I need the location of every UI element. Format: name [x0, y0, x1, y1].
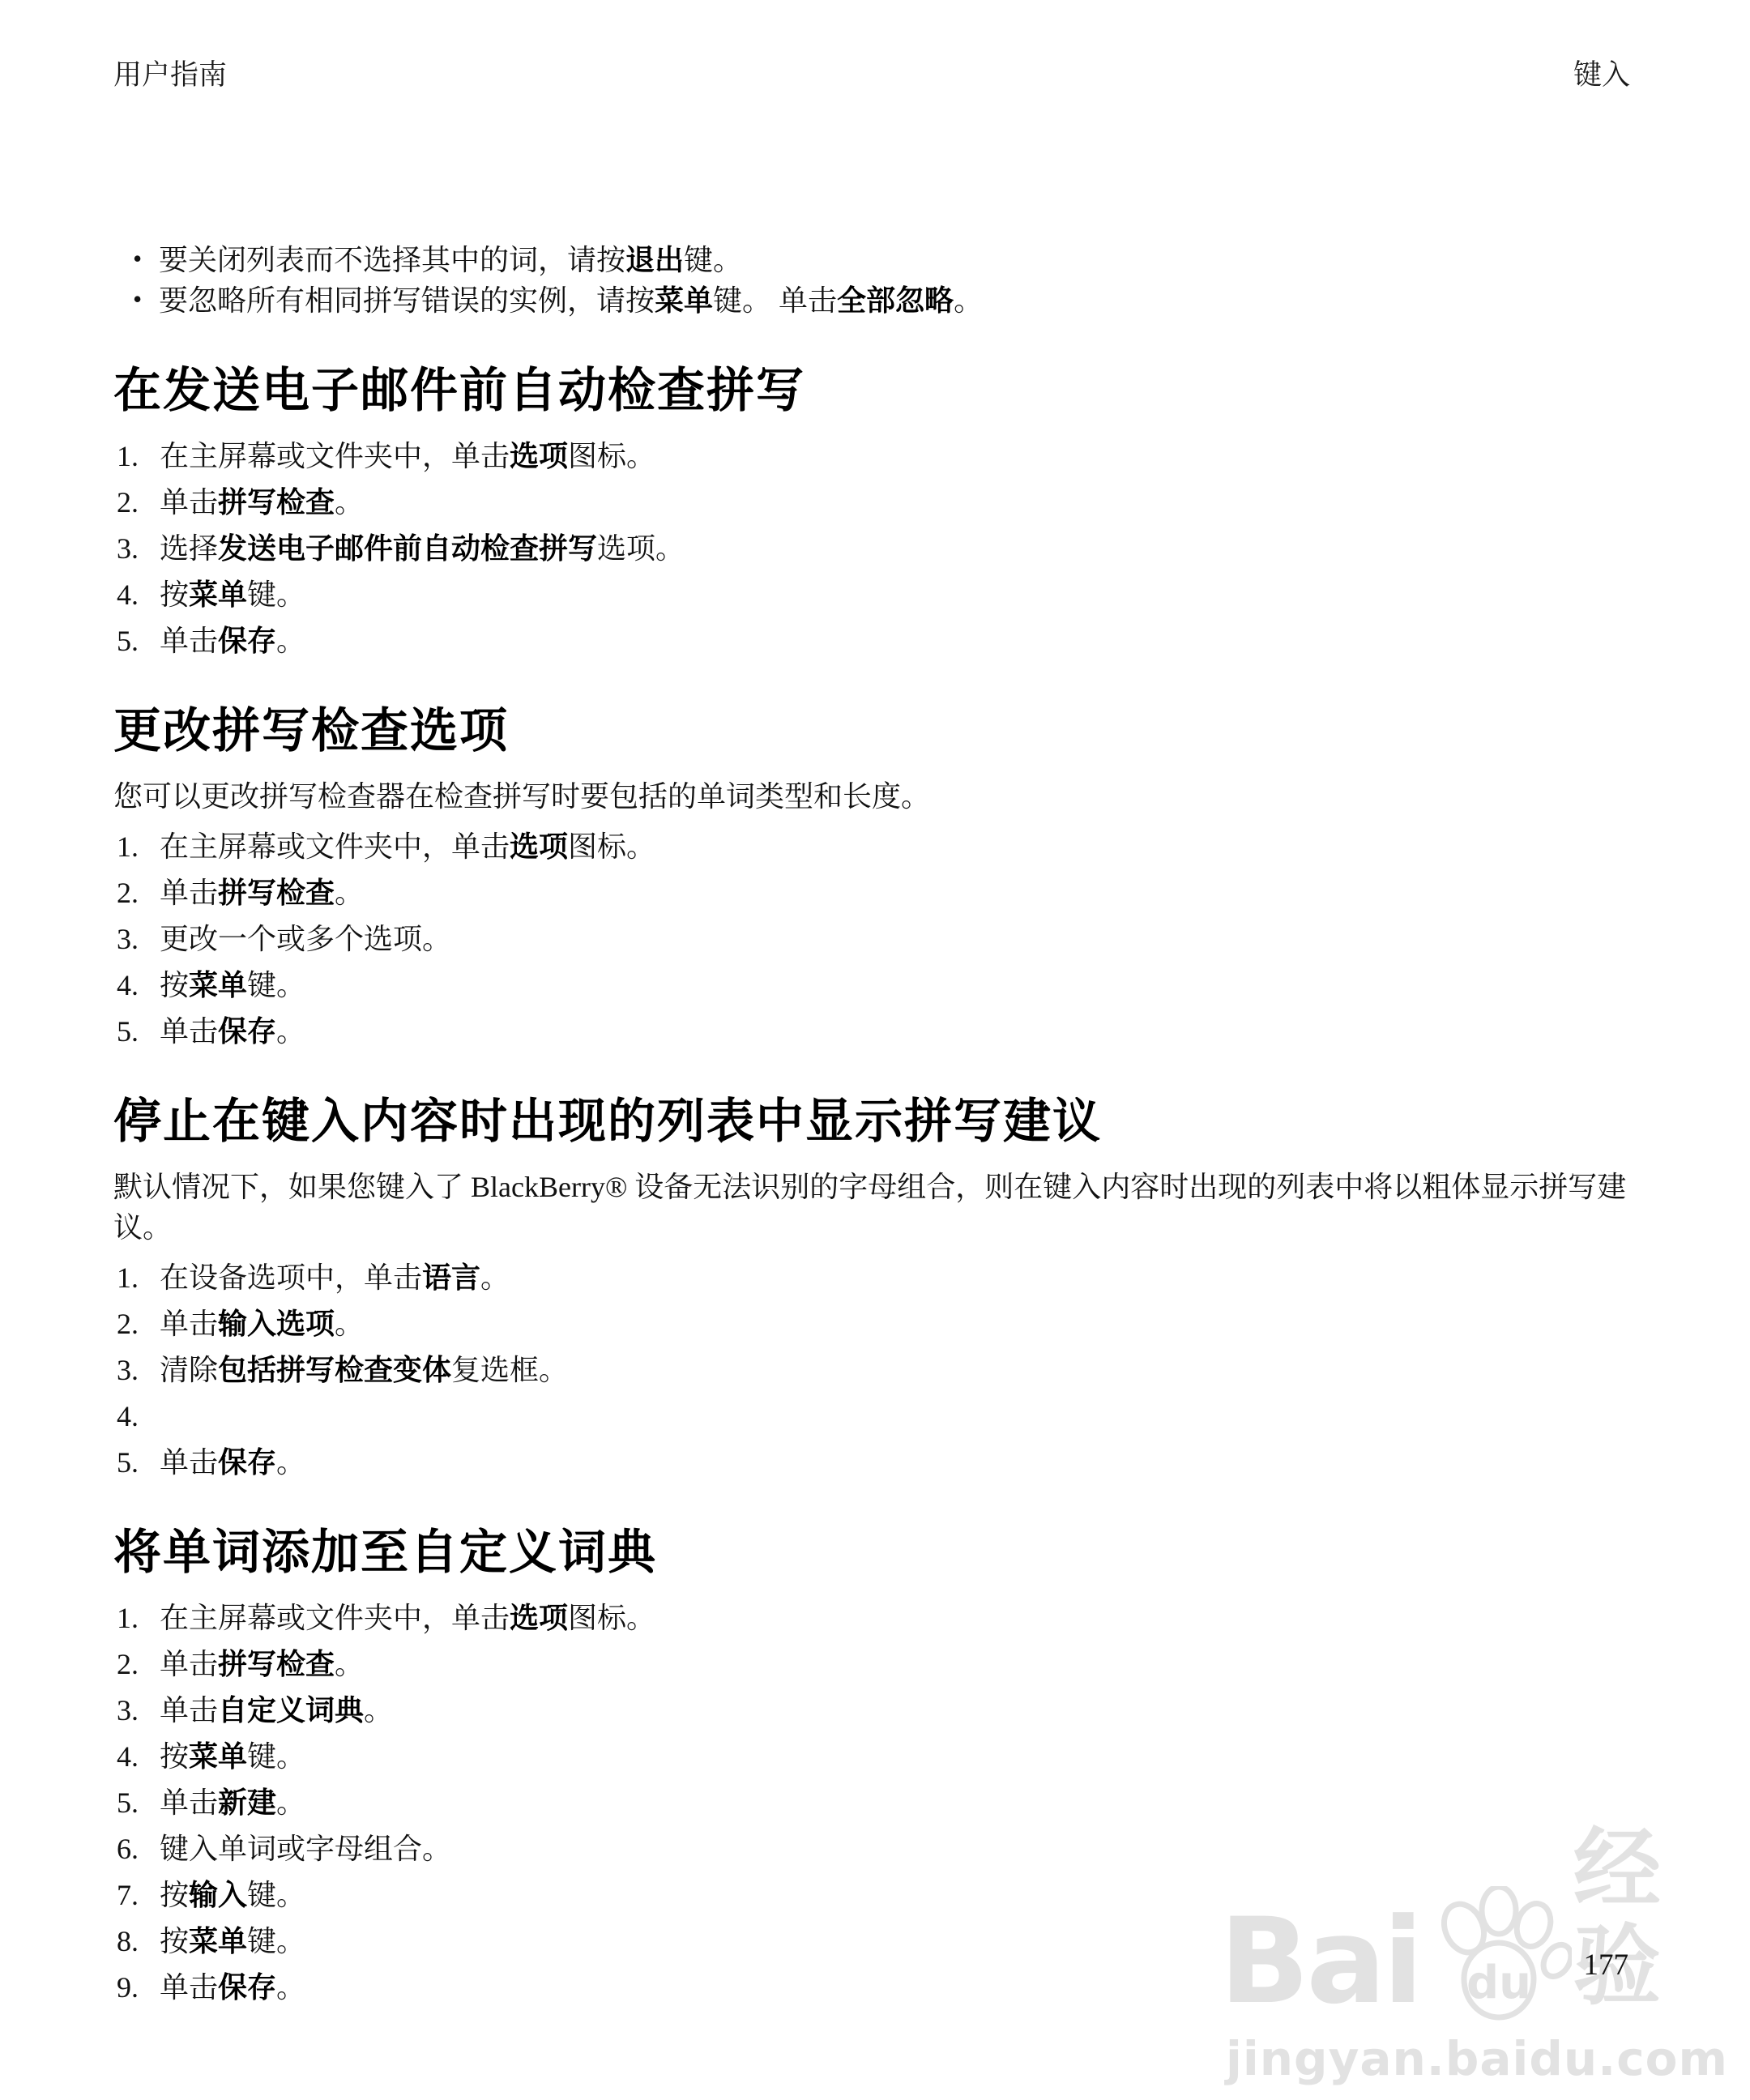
step-item: 5.单击保存。	[113, 1442, 1633, 1483]
section-title: 更改拼写检查选项	[113, 705, 1633, 757]
step-number: 3.	[117, 1350, 139, 1390]
section-title: 在发送电子邮件前自动检查拼写	[113, 365, 1633, 416]
bullet-icon: •	[133, 279, 142, 319]
watermark-url: jingyan.baidu.com	[1226, 2034, 1673, 2084]
section: 更改拼写检查选项您可以更改拼写检查器在检查拼写时要包括的单词类型和长度。1.在主…	[113, 705, 1633, 1052]
text-run: 要忽略所有相同拼写错误的实例，请按	[159, 284, 655, 317]
step-item: 3.清除包括拼写检查变体复选框。	[113, 1350, 1633, 1390]
step-number: 9.	[117, 1967, 139, 2008]
text-run: 按	[160, 969, 189, 1001]
text-run: 单击	[160, 486, 218, 519]
section-intro: 默认情况下，如果您键入了 BlackBerry® 设备无法识别的字母组合，则在键…	[113, 1167, 1633, 1248]
step-number: 4.	[117, 1736, 139, 1777]
text-run: 键。	[247, 1925, 305, 1957]
step-item: 3.选择发送电子邮件前自动检查拼写选项。	[113, 528, 1633, 569]
step-item: 4.按菜单键。	[113, 574, 1633, 615]
text-run: 单击	[160, 877, 218, 909]
text-run: 单击	[160, 1446, 218, 1479]
text-run: 。	[480, 1261, 510, 1294]
text-run: 在主屏幕或文件夹中，单击	[160, 830, 510, 863]
bold-term: 菜单	[189, 578, 247, 611]
text-run: 键。	[247, 1740, 305, 1773]
bullet-list: •要关闭列表而不选择其中的词，请按退出键。•要忽略所有相同拼写错误的实例，请按菜…	[113, 240, 1633, 321]
step-number: 3.	[117, 528, 139, 569]
section-title: 停止在键入内容时出现的列表中显示拼写建议	[113, 1095, 1633, 1147]
text-run: 在设备选项中，单击	[160, 1261, 422, 1294]
step-number: 5.	[117, 621, 139, 661]
text-run: 按	[160, 578, 189, 611]
text-run: 选择	[160, 532, 218, 565]
text-run: 键。	[684, 244, 742, 276]
step-item: 5.单击新建。	[113, 1782, 1633, 1823]
text-run: 单击	[160, 1308, 218, 1340]
step-number: 5.	[117, 1011, 139, 1052]
text-run: 键。	[247, 969, 305, 1001]
bold-term: 包括拼写检查变体	[218, 1353, 451, 1386]
step-item: 1.在主屏幕或文件夹中，单击选项图标。	[113, 1598, 1633, 1638]
text-run: 要关闭列表而不选择其中的词，请按	[159, 244, 625, 276]
text-run: 图标。	[568, 830, 655, 863]
step-number: 8.	[117, 1921, 139, 1961]
text-run: 。	[276, 1015, 305, 1048]
text-run: 单击	[160, 1015, 218, 1048]
step-item: 1.在主屏幕或文件夹中，单击选项图标。	[113, 826, 1633, 867]
bold-term: 语言	[422, 1261, 480, 1294]
watermark-brand-latin: Bai	[1219, 1901, 1420, 2022]
section: 在发送电子邮件前自动检查拼写1.在主屏幕或文件夹中，单击选项图标。2.单击拼写检…	[113, 365, 1633, 661]
bold-term: 全部忽略	[837, 284, 954, 317]
text-run: 单击	[160, 1694, 218, 1727]
text-run: 。	[335, 1308, 364, 1340]
bold-term: 退出	[625, 243, 684, 276]
text-run: 键。	[247, 1879, 305, 1911]
bold-term: 菜单	[189, 968, 247, 1001]
paw-print-icon: du	[1422, 1886, 1572, 2029]
step-number: 4.	[117, 574, 139, 615]
text-run: 。	[276, 625, 305, 657]
step-number: 7.	[117, 1875, 139, 1915]
text-run: 。	[954, 284, 983, 317]
text-run: 按	[160, 1879, 189, 1911]
step-number: 2.	[117, 1304, 139, 1344]
section-intro: 您可以更改拼写检查器在检查拼写时要包括的单词类型和长度。	[113, 776, 1633, 817]
step-item: 2.单击输入选项。	[113, 1304, 1633, 1344]
bullet-item: •要关闭列表而不选择其中的词，请按退出键。	[113, 240, 1633, 280]
text-run: 复选框。	[451, 1354, 568, 1386]
page-number: 177	[1584, 1949, 1629, 1982]
bold-term: 菜单	[655, 284, 713, 317]
step-item: 3.更改一个或多个选项。	[113, 919, 1633, 959]
step-item: 5.单击保存。	[113, 1011, 1633, 1052]
text-run: 选项。	[597, 532, 685, 565]
text-run: 。	[276, 1446, 305, 1479]
bold-term: 拼写检查	[218, 1647, 335, 1680]
watermark-logo-row: Bai du 经验	[1219, 1821, 1673, 2022]
sections: 在发送电子邮件前自动检查拼写1.在主屏幕或文件夹中，单击选项图标。2.单击拼写检…	[113, 365, 1633, 2008]
step-item: 2.单击拼写检查。	[113, 873, 1633, 913]
section: 停止在键入内容时出现的列表中显示拼写建议默认情况下，如果您键入了 BlackBe…	[113, 1095, 1633, 1483]
step-number: 2.	[117, 873, 139, 913]
page-content: •要关闭列表而不选择其中的词，请按退出键。•要忽略所有相同拼写错误的实例，请按菜…	[0, 0, 1750, 2013]
step-number: 4.	[117, 1396, 139, 1436]
step-number: 3.	[117, 919, 139, 959]
text-run: 。	[276, 1971, 305, 2004]
text-run: 单击	[160, 1971, 218, 2004]
step-item: 4.	[113, 1396, 1633, 1436]
bold-term: 菜单	[189, 1924, 247, 1957]
text-run: 。	[335, 486, 364, 519]
step-number: 5.	[117, 1442, 139, 1483]
watermark-brand-cn: 经验	[1573, 1821, 1673, 2016]
text-run: 键。 单击	[713, 284, 837, 317]
text-run: 。	[335, 1648, 364, 1680]
bold-term: 保存	[218, 1445, 276, 1479]
text-run: 图标。	[568, 440, 655, 472]
step-item: 1.在主屏幕或文件夹中，单击选项图标。	[113, 436, 1633, 476]
section-title: 将单词添加至自定义词典	[113, 1526, 1633, 1578]
text-run: 单击	[160, 1648, 218, 1680]
step-item: 4.按菜单键。	[113, 1736, 1633, 1777]
step-list: 1.在主屏幕或文件夹中，单击选项图标。2.单击拼写检查。3.更改一个或多个选项。…	[113, 826, 1633, 1052]
text-run: 单击	[160, 1786, 218, 1819]
text-run: 。	[276, 1786, 305, 1819]
text-run: 键。	[247, 578, 305, 611]
step-item: 2.单击拼写检查。	[113, 1644, 1633, 1684]
step-number: 3.	[117, 1690, 139, 1731]
step-number: 5.	[117, 1782, 139, 1823]
step-list: 1.在主屏幕或文件夹中，单击选项图标。2.单击拼写检查。3.选择发送电子邮件前自…	[113, 436, 1633, 661]
bold-term: 发送电子邮件前自动检查拼写	[218, 531, 597, 565]
text-run: 清除	[160, 1354, 218, 1386]
bold-term: 选项	[510, 830, 568, 863]
step-number: 1.	[117, 436, 139, 476]
step-number: 2.	[117, 1644, 139, 1684]
bold-term: 保存	[218, 1970, 276, 2004]
bold-term: 输入	[189, 1878, 247, 1911]
text-run: 按	[160, 1740, 189, 1773]
document-page: 用户指南 键入 •要关闭列表而不选择其中的词，请按退出键。•要忽略所有相同拼写错…	[0, 0, 1750, 2100]
step-number: 1.	[117, 1257, 139, 1298]
step-number: 1.	[117, 826, 139, 867]
text-run: 图标。	[568, 1602, 655, 1634]
text-run: 单击	[160, 625, 218, 657]
text-run: 在主屏幕或文件夹中，单击	[160, 1602, 510, 1634]
text-run: 。	[364, 1694, 393, 1727]
bold-term: 选项	[510, 1601, 568, 1634]
bold-term: 输入选项	[218, 1307, 335, 1340]
step-item: 3.单击自定义词典。	[113, 1690, 1633, 1731]
step-item: 5.单击保存。	[113, 621, 1633, 661]
bold-term: 拼写检查	[218, 876, 335, 909]
bold-term: 新建	[218, 1786, 276, 1819]
text-run: 更改一个或多个选项。	[160, 923, 451, 955]
bold-term: 选项	[510, 439, 568, 472]
bold-term: 保存	[218, 1014, 276, 1048]
step-number: 6.	[117, 1829, 139, 1869]
paw-du-text: du	[1466, 1957, 1531, 2009]
step-number: 1.	[117, 1598, 139, 1638]
step-number: 4.	[117, 965, 139, 1005]
step-item: 1.在设备选项中，单击语言。	[113, 1257, 1633, 1298]
text-run: 。	[335, 877, 364, 909]
text-run: 键入单词或字母组合。	[160, 1833, 451, 1865]
bullet-item: •要忽略所有相同拼写错误的实例，请按菜单键。 单击全部忽略。	[113, 280, 1633, 321]
text-run: 在主屏幕或文件夹中，单击	[160, 440, 510, 472]
bold-term: 自定义词典	[218, 1693, 364, 1727]
step-list: 1.在设备选项中，单击语言。2.单击输入选项。3.清除包括拼写检查变体复选框。4…	[113, 1257, 1633, 1483]
text-run: 按	[160, 1925, 189, 1957]
bold-term: 拼写检查	[218, 485, 335, 519]
step-item: 2.单击拼写检查。	[113, 482, 1633, 523]
bold-term: 菜单	[189, 1739, 247, 1773]
bold-term: 保存	[218, 624, 276, 657]
bullet-icon: •	[133, 238, 142, 279]
step-item: 4.按菜单键。	[113, 965, 1633, 1005]
step-number: 2.	[117, 482, 139, 523]
